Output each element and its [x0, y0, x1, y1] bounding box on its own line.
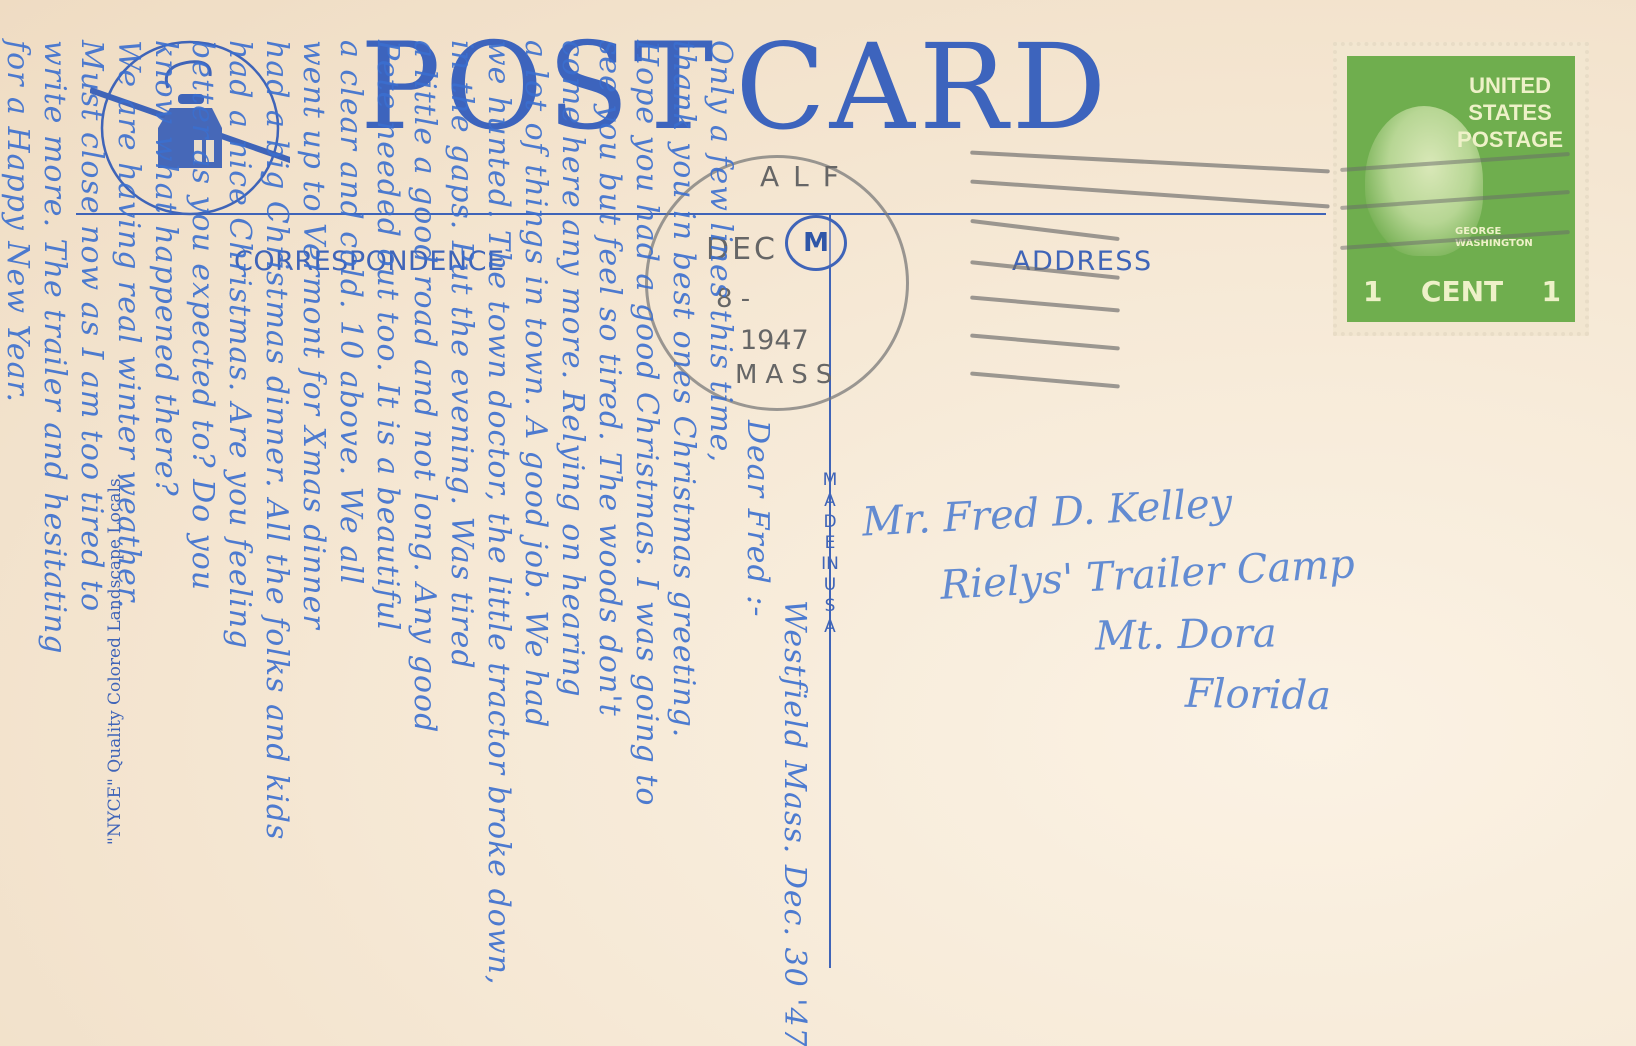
message-line: had a nice Christmas. Are you feeling — [222, 40, 257, 649]
message-line: went up to Vermont for Xmas dinner — [296, 40, 331, 630]
address-line-state: Florida — [1185, 671, 1332, 720]
postcard-back: POSTCARD CORRESPONDENCE ADDRESS MADE IN … — [0, 0, 1636, 1046]
made-in-usa-label: MADE IN USA — [820, 470, 840, 638]
stamp-line-postage: POSTAGE — [1457, 126, 1563, 153]
stamp-line-united: UNITED — [1457, 72, 1563, 99]
stamp-face: UNITED STATES POSTAGE GEORGE WASHINGTON … — [1347, 56, 1575, 322]
message-line: in the gaps. Put the evening. Was tired — [444, 40, 479, 670]
message-line: a lot of things in town. A good job. We … — [518, 40, 553, 728]
message-line: Hope you had a good Christmas. I was goi… — [629, 40, 664, 806]
stamp-line-states: STATES — [1457, 99, 1563, 126]
message-line: better as you expected to? Do you — [185, 40, 220, 591]
address-line-name: Mr. Fred D. Kelley — [861, 480, 1233, 545]
stamp-value-unit: CENT — [1421, 275, 1503, 308]
message-line: Pete needed out too. It is a beautiful — [370, 40, 405, 631]
stamp-denomination: 1 CENT 1 — [1363, 275, 1561, 308]
cancellation-line — [970, 371, 1120, 388]
message-line: Only a few lines this time, — [703, 40, 738, 463]
message-line: a little a good road and not long. Any g… — [407, 40, 442, 733]
message-line: Dear Fred :- — [740, 420, 775, 617]
message-line: a clear and cold. 10 above. We all — [333, 40, 368, 585]
message-line: We are having real winter weather. — [111, 40, 146, 609]
cancellation-line — [970, 179, 1329, 208]
address-line-street: Rielys' Trailer Camp — [939, 541, 1356, 609]
message-line: see you but feel so tired. The woods don… — [592, 40, 627, 717]
message-line: know what happened there? — [148, 40, 183, 497]
message-line: had a big Christmas dinner. All the folk… — [259, 40, 294, 840]
address-line-city: Mt. Dora — [1095, 610, 1277, 659]
cancellation-line — [970, 151, 1330, 174]
stamp-country: UNITED STATES POSTAGE — [1457, 72, 1563, 153]
cancellation-line — [970, 295, 1120, 312]
message-line: Westfield Mass. Dec. 30 '47 — [777, 600, 812, 1046]
handwritten-message: Westfield Mass. Dec. 30 '47Dear Fred :-O… — [22, 40, 812, 1040]
message-line: thank you in best ones Christmas greetin… — [666, 40, 701, 738]
message-line: come here any more. Relying on hearing — [555, 40, 590, 698]
stamp-value-left: 1 — [1363, 275, 1382, 308]
message-line: we hunted. The town doctor, the little t… — [481, 40, 516, 985]
postage-stamp: UNITED STATES POSTAGE GEORGE WASHINGTON … — [1333, 42, 1589, 336]
message-line: write more. The trailer and hesitating — [37, 40, 72, 655]
cancellation-line — [970, 333, 1120, 350]
stamp-value-right: 1 — [1542, 275, 1561, 308]
cancellation-line — [970, 219, 1119, 241]
message-line: for a Happy New Year. — [0, 40, 35, 403]
message-line: Must close now as I am too tired to — [74, 40, 109, 612]
